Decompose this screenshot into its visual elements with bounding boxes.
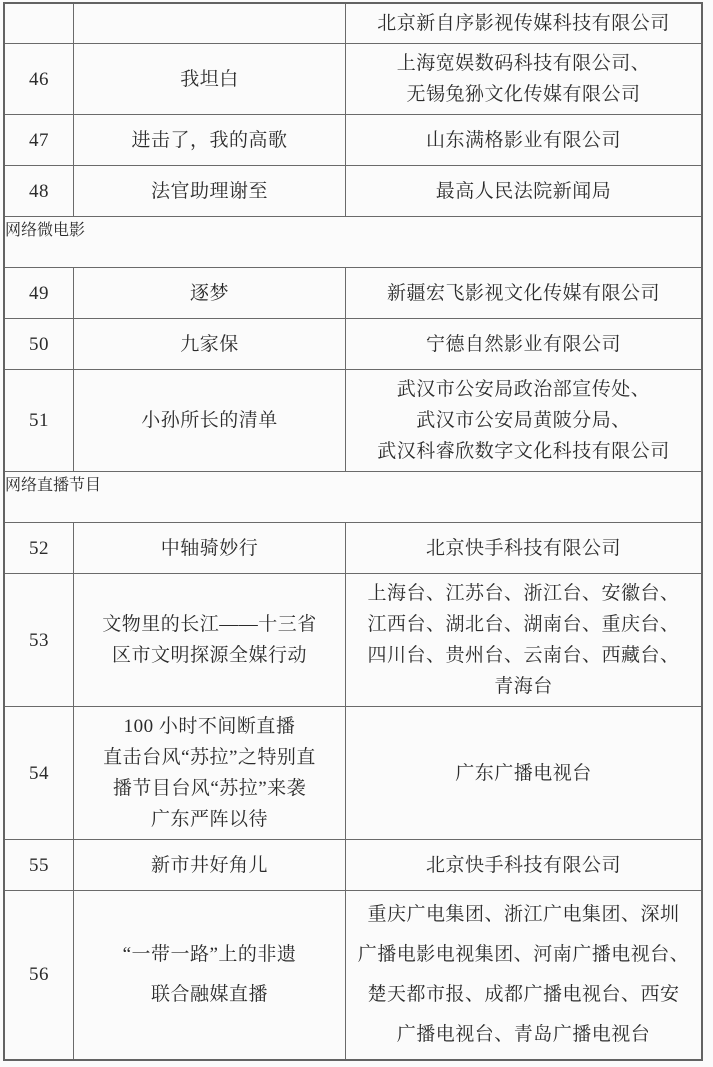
table-row: 48 法官助理谢至 最高人民法院新闻局 [5, 166, 701, 217]
table-row: 52 中轴骑妙行 北京快手科技有限公司 [5, 523, 701, 574]
company-cell: 北京新自序影视传媒科技有限公司 [346, 4, 701, 43]
title-cell: “一带一路”上的非遗 联合融媒直播 [74, 891, 346, 1059]
document-page: 北京新自序影视传媒科技有限公司 46 我坦白 上海宽娱数码科技有限公司、 无锡兔… [0, 0, 713, 1067]
table-row: 50 九家保 宁德自然影业有限公司 [5, 319, 701, 370]
row-number-cell: 52 [5, 523, 74, 573]
title-cell [74, 4, 346, 43]
row-number-cell: 56 [5, 891, 74, 1059]
row-number-cell: 50 [5, 319, 74, 369]
company-cell: 宁德自然影业有限公司 [346, 319, 701, 369]
title-cell: 中轴骑妙行 [74, 523, 346, 573]
row-number-cell: 49 [5, 268, 74, 318]
title-cell: 新市井好角儿 [74, 840, 346, 890]
table-row: 51 小孙所长的清单 武汉市公安局政治部宣传处、 武汉市公安局黄陂分局、 武汉科… [5, 370, 701, 472]
row-number-cell: 51 [5, 370, 74, 471]
company-cell: 北京快手科技有限公司 [346, 523, 701, 573]
table-row: 47 进击了，我的高歌 山东满格影业有限公司 [5, 115, 701, 166]
company-cell: 广东广播电视台 [346, 707, 701, 839]
title-cell: 九家保 [74, 319, 346, 369]
table-row: 53 文物里的长江——十三省 区市文明探源全媒行动 上海台、江苏台、浙江台、安徽… [5, 574, 701, 707]
company-cell: 重庆广电集团、浙江广电集团、深圳 广播电影电视集团、河南广播电视台、 楚天都市报… [346, 891, 701, 1059]
company-cell: 武汉市公安局政治部宣传处、 武汉市公安局黄陂分局、 武汉科睿欣数字文化科技有限公… [346, 370, 701, 471]
row-number-cell: 53 [5, 574, 74, 706]
row-number-cell: 46 [5, 44, 74, 114]
company-cell: 最高人民法院新闻局 [346, 166, 701, 216]
title-cell: 逐梦 [74, 268, 346, 318]
table-row: 55 新市井好角儿 北京快手科技有限公司 [5, 840, 701, 891]
table-row: 49 逐梦 新疆宏飞影视文化传媒有限公司 [5, 268, 701, 319]
section-header-row: 网络直播节目 [5, 472, 701, 523]
row-number-cell: 54 [5, 707, 74, 839]
row-number-cell: 55 [5, 840, 74, 890]
row-number-cell: 47 [5, 115, 74, 165]
title-cell: 100 小时不间断直播 直击台风“苏拉”之特别直 播节目台风“苏拉”来袭 广东严… [74, 707, 346, 839]
table-row: 北京新自序影视传媒科技有限公司 [5, 4, 701, 44]
row-number-cell [5, 4, 74, 43]
company-cell: 上海宽娱数码科技有限公司、 无锡兔狲文化传媒有限公司 [346, 44, 701, 114]
table-row: 46 我坦白 上海宽娱数码科技有限公司、 无锡兔狲文化传媒有限公司 [5, 44, 701, 115]
company-cell: 上海台、江苏台、浙江台、安徽台、 江西台、湖北台、湖南台、重庆台、 四川台、贵州… [346, 574, 701, 706]
company-cell: 北京快手科技有限公司 [346, 840, 701, 890]
company-cell: 新疆宏飞影视文化传媒有限公司 [346, 268, 701, 318]
title-cell: 进击了，我的高歌 [74, 115, 346, 165]
row-number-cell: 48 [5, 166, 74, 216]
title-cell: 我坦白 [74, 44, 346, 114]
table-row: 56 “一带一路”上的非遗 联合融媒直播 重庆广电集团、浙江广电集团、深圳 广播… [5, 891, 701, 1059]
title-cell: 文物里的长江——十三省 区市文明探源全媒行动 [74, 574, 346, 706]
table-row: 54 100 小时不间断直播 直击台风“苏拉”之特别直 播节目台风“苏拉”来袭 … [5, 707, 701, 840]
section-header-row: 网络微电影 [5, 217, 701, 268]
awards-table: 北京新自序影视传媒科技有限公司 46 我坦白 上海宽娱数码科技有限公司、 无锡兔… [3, 2, 703, 1061]
title-cell: 法官助理谢至 [74, 166, 346, 216]
title-cell: 小孙所长的清单 [74, 370, 346, 471]
company-cell: 山东满格影业有限公司 [346, 115, 701, 165]
